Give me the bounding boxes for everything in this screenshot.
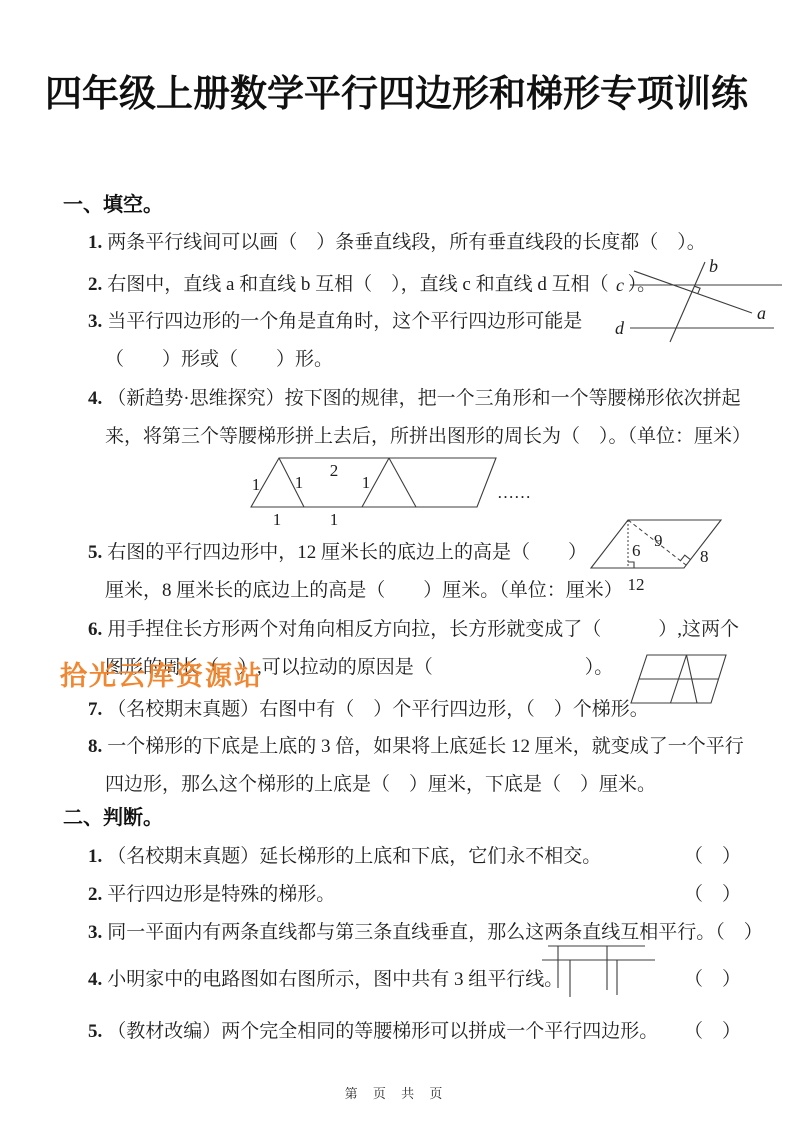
q4-text-2: 来，将第三个等腰梯形拼上去后，所拼出图形的周长为（ ）。（单位：厘米）: [105, 426, 751, 447]
section1-heading: 一、填空。: [63, 193, 163, 217]
q5-text-1: 右图的平行四边形中，12 厘米长的底边上的高是（ ）: [107, 542, 587, 563]
label-b: b: [709, 256, 718, 276]
j1-number: 1.: [88, 846, 102, 867]
j1-text: （名校期末真题）延长梯形的上底和下底，它们永不相交。: [107, 846, 601, 867]
fill-q3-line2: （ ）形或（ ）形。: [105, 347, 333, 373]
j4-text: 小明家中的电路图如右图所示，图中共有 3 组平行线。: [107, 969, 563, 990]
j2-answer-blank: （ ）: [684, 882, 741, 908]
q2-number: 2.: [88, 274, 102, 295]
j3-number: 3.: [88, 922, 102, 943]
q5-number: 5.: [88, 542, 102, 563]
fill-q8-line2: 四边形，那么这个梯形的上底是（ ）厘米，下底是（ ）厘米。: [105, 772, 656, 798]
strip-ellipsis: ……: [497, 483, 531, 502]
lines-figure: b c a d: [610, 258, 792, 344]
judge-q4: 4.小明家中的电路图如右图所示，图中共有 3 组平行线。: [88, 967, 563, 993]
label-a: a: [757, 303, 766, 323]
strip-divider-3: [389, 458, 416, 507]
j2-text: 平行四边形是特殊的梯形。: [107, 884, 335, 905]
judge-q5: 5.（教材改编）两个完全相同的等腰梯形可以拼成一个平行四边形。: [88, 1019, 658, 1045]
section2-heading: 二、判断。: [63, 806, 163, 830]
fill-q1: 1.两条平行线间可以画（ ）条垂直线段，所有垂直线段的长度都（ ）。: [88, 230, 706, 256]
j5-answer-blank: （ ）: [684, 1019, 741, 1045]
q3-text-1: 当平行四边形的一个角是直角时，这个平行四边形可能是: [107, 311, 582, 332]
q3-text-2: （ ）形或（ ）形。: [105, 349, 333, 370]
fill-q5-line1: 5.右图的平行四边形中，12 厘米长的底边上的高是（ ）: [88, 540, 587, 566]
q3-number: 3.: [88, 311, 102, 332]
q1-number: 1.: [88, 232, 102, 253]
label-d: d: [615, 318, 625, 338]
worksheet-page: 四年级上册数学平行四边形和梯形专项训练 一、填空。 1.两条平行线间可以画（ ）…: [0, 0, 793, 1122]
j5-text: （教材改编）两个完全相同的等腰梯形可以拼成一个平行四边形。: [107, 1021, 658, 1042]
q4-text-1: （新趋势·思维探究）按下图的规律，把一个三角形和一个等腰梯形依次拼起: [107, 388, 740, 409]
para-label-diagonal: 9: [654, 531, 663, 550]
strip-label-top: 2: [330, 461, 339, 480]
q8-number: 8.: [88, 736, 102, 757]
watermark: 拾光云库资源站: [60, 663, 263, 690]
j4-answer-blank: （ ）: [684, 967, 741, 993]
q6-number: 6.: [88, 619, 102, 640]
strip-figure: 1 1 2 1 1 1 ……: [242, 450, 562, 530]
j2-number: 2.: [88, 884, 102, 905]
q5-text-2: 厘米，8 厘米长的底边上的高是（ ）厘米。（单位：厘米）: [105, 580, 623, 601]
q7-number: 7.: [88, 699, 102, 720]
j3-text: 同一平面内有两条直线都与第三条直线垂直，那么这两条直线互相平行。（ ）: [107, 922, 763, 943]
circuit-figure: [534, 938, 664, 1002]
strip-label-left: 1: [252, 475, 261, 494]
q6-text-1: 用手捏住长方形两个对角向相反方向拉，长方形就变成了（ ）,这两个: [107, 619, 739, 640]
q8-text-2: 四边形，那么这个梯形的上底是（ ）厘米，下底是（ ）厘米。: [105, 774, 656, 795]
diagonal-right-angle: [681, 555, 691, 561]
line-b: [670, 262, 705, 342]
parallelogram-figure: 6 9 8 12: [586, 506, 793, 602]
strip-label-tri1: 1: [295, 473, 304, 492]
fill-q7: 7.（名校期末真题）右图中有（ ）个平行四边形，（ ）个梯形。: [88, 697, 649, 723]
page-title: 四年级上册数学平行四边形和梯形专项训练: [0, 72, 793, 116]
line-a: [634, 271, 752, 313]
fill-q8-line1: 8.一个梯形的下底是上底的 3 倍，如果将上底延长 12 厘米，就变成了一个平行: [88, 734, 744, 760]
q4-number: 4.: [88, 388, 102, 409]
strip-label-tri2: 1: [362, 473, 371, 492]
height-right-angle: [628, 562, 634, 568]
page-footer: 第 页 共 页: [0, 1086, 793, 1102]
strip-label-bottom2: 1: [330, 510, 339, 529]
q1-text: 两条平行线间可以画（ ）条垂直线段，所有垂直线段的长度都（ ）。: [107, 232, 706, 253]
para-label-base: 12: [628, 575, 645, 594]
strip-label-bottom1: 1: [273, 510, 282, 529]
j4-number: 4.: [88, 969, 102, 990]
j5-number: 5.: [88, 1021, 102, 1042]
judge-q2: 2.平行四边形是特殊的梯形。: [88, 882, 335, 908]
j1-answer-blank: （ ）: [684, 844, 741, 870]
fill-q6-line1: 6.用手捏住长方形两个对角向相反方向拉，长方形就变成了（ ）,这两个: [88, 617, 739, 643]
q2-text: 右图中，直线 a 和直线 b 互相（ ），直线 c 和直线 d 互相（ ）。: [107, 274, 656, 295]
q7-text: （名校期末真题）右图中有（ ）个平行四边形，（ ）个梯形。: [107, 699, 649, 720]
judge-q1: 1.（名校期末真题）延长梯形的上底和下底，它们永不相交。: [88, 844, 601, 870]
fill-q4-line2: 来，将第三个等腰梯形拼上去后，所拼出图形的周长为（ ）。（单位：厘米）: [105, 424, 751, 450]
q8-text-1: 一个梯形的下底是上底的 3 倍，如果将上底延长 12 厘米，就变成了一个平行: [107, 736, 744, 757]
strip-outline: [251, 458, 496, 507]
divided-parallelogram-figure: [627, 640, 735, 710]
fill-q3-line1: 3.当平行四边形的一个角是直角时，这个平行四边形可能是: [88, 309, 582, 335]
label-c: c: [616, 275, 624, 295]
fill-q5-line2: 厘米，8 厘米长的底边上的高是（ ）厘米。（单位：厘米）: [105, 578, 623, 604]
para-label-height: 6: [632, 541, 641, 560]
fill-q4-line1: 4.（新趋势·思维探究）按下图的规律，把一个三角形和一个等腰梯形依次拼起: [88, 386, 741, 412]
para-label-side: 8: [700, 547, 709, 566]
fill-q2: 2.右图中，直线 a 和直线 b 互相（ ），直线 c 和直线 d 互相（ ）。: [88, 272, 656, 298]
